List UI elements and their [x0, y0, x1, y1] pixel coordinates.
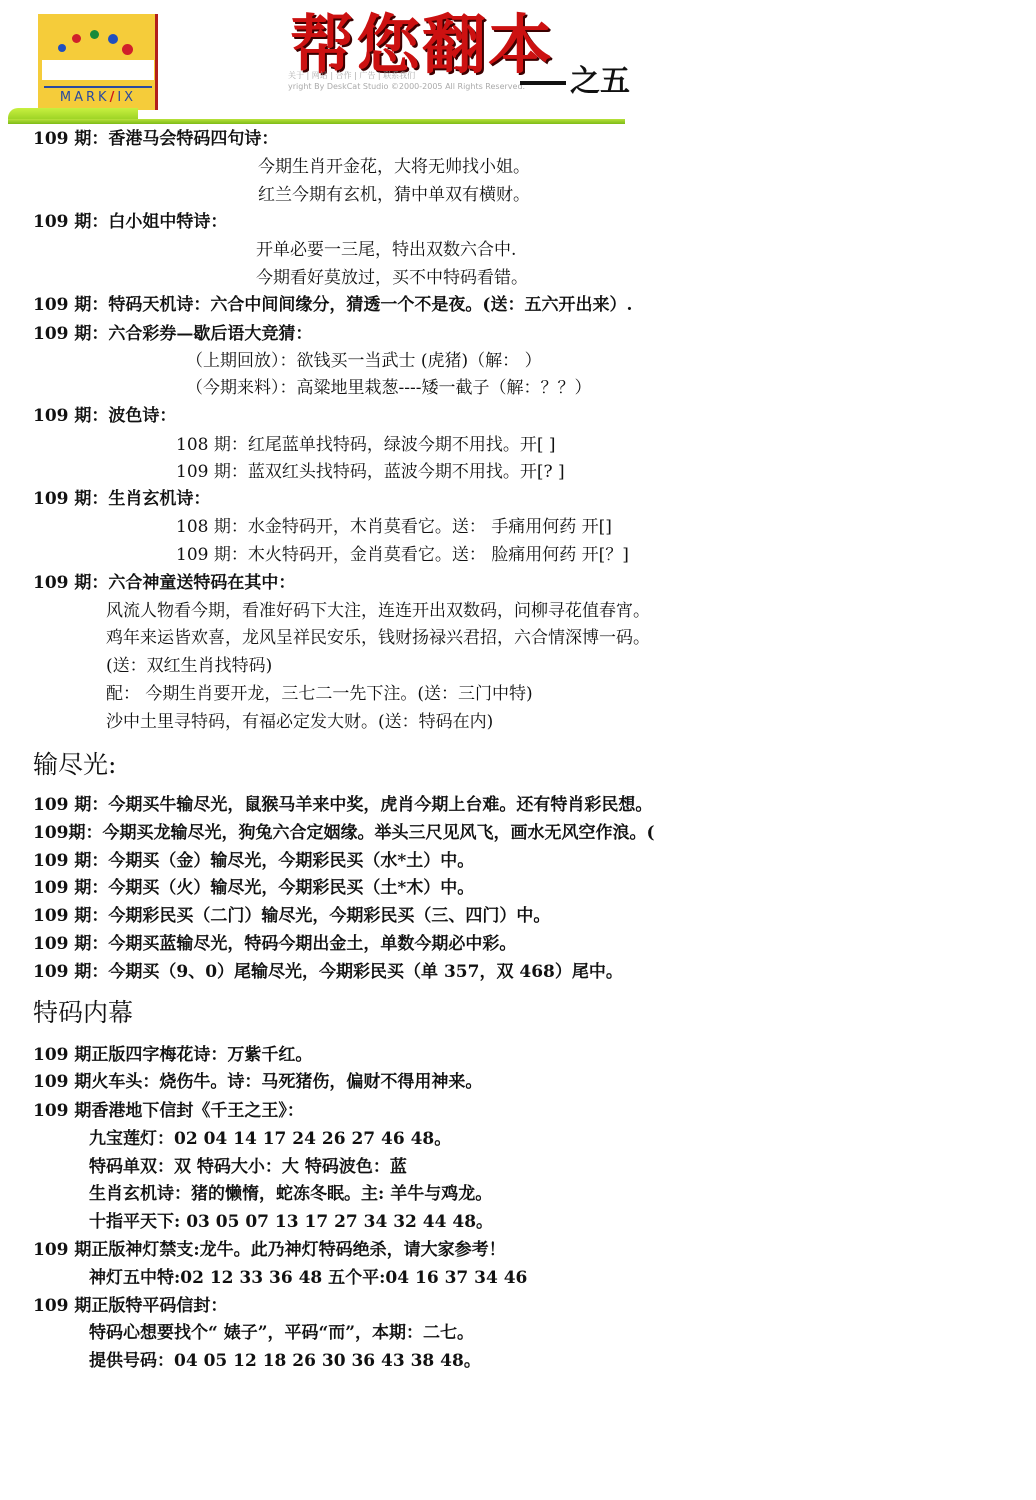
poem-line: 沙中土里寻特码，有福必定发大财。(送：特码在内) [106, 711, 493, 733]
poem-heading: 109 期：六合彩券—歇后语大竞猜： [33, 323, 312, 345]
poem-heading: 109 期：白小姐中特诗： [33, 211, 227, 233]
lose-all-line: 109 期：今期买（9、0）尾输尽光，今期彩民买（单 357，双 468）尾中。 [33, 961, 623, 983]
poem-line: 108 期：红尾蓝单找特码，绿波今期不用找。开[ ] [176, 434, 556, 456]
lose-all-line: 109 期：今期买牛输尽光，鼠猴马羊来中奖，虎肖今期上台难。还有特肖彩民想。 [33, 794, 652, 816]
lottery-ball-icon [122, 44, 133, 55]
lottery-ball-icon [90, 30, 99, 39]
poem-line: (送：双红生肖找特码) [106, 655, 272, 677]
insider-line: 十指平天下: 03 05 07 13 17 27 34 32 44 48。 [89, 1211, 493, 1233]
lose-all-line: 109 期：今期买蓝输尽光，特码今期出金土，单数今期必中彩。 [33, 933, 516, 955]
lose-all-line: 109 期：今期买（火）输尽光，今期彩民买（土*木）中。 [33, 877, 474, 899]
poem-heading: 109 期：香港马会特码四句诗： [33, 128, 278, 150]
insider-line: 生肖玄机诗：猪的懒惰，蛇冻冬眠。主: 羊牛与鸡龙。 [89, 1183, 492, 1205]
insider-line: 109 期正版神灯禁支:龙牛。此乃神灯特码绝杀，请大家参考！ [33, 1239, 506, 1261]
lottery-ball-icon [58, 44, 66, 52]
poem-line: （上期回放）：欲钱买一当武士 (虎猪)（解： ） [186, 350, 542, 372]
poem-line: 配： 今期生肖要开龙，三七二一先下注。(送：三门中特) [106, 683, 533, 705]
poem-line: （今期来料）：高粱地里栽葱----矮一截子（解：？？） [186, 377, 591, 399]
lose-all-line: 109期：今期买龙输尽光，狗兔六合定姻缘。举头三尺见风飞，画水无风空作浪。( [33, 822, 655, 844]
section-heading-lose-all: 输尽光: [33, 750, 116, 780]
insider-line: 109 期正版四字梅花诗：万紫千红。 [33, 1044, 312, 1066]
lottery-ball-icon [108, 34, 118, 44]
insider-line: 109 期香港地下信封《千王之王》： [33, 1100, 304, 1122]
section-heading-insider: 特码内幕 [33, 998, 133, 1028]
poem-line: 108 期：水金特码开，木肖莫看它。送： 手痛用何药 开[] [176, 516, 612, 538]
lottery-ball-icon [72, 34, 81, 43]
poem-line: 鸡年来运皆欢喜，龙风呈祥民安乐，钱财扬禄兴君招，六合情深博一码。 [106, 627, 650, 649]
insider-line: 神灯五中特:02 12 33 36 48 五个平:04 16 37 34 46 [89, 1267, 527, 1289]
poem-line: 109 期：蓝双红头找特码，蓝波今期不用找。开[? ] [176, 461, 565, 483]
watermark: 关于 | 网站 | 合作 | 广告 | 联系我们 yright By DeskC… [288, 70, 525, 92]
poem-heading: 109 期：特码天机诗：六合中间间缘分，猜透一个不是夜。(送：五六开出来）. [33, 294, 632, 316]
poem-line: 今期生肖开金花，大将无帅找小姐。 [258, 156, 530, 178]
poem-line: 开单必要一三尾，特出双数六合中. [256, 239, 516, 261]
poem-line: 红兰今期有玄机，猜中单双有横财。 [258, 184, 530, 206]
poem-line: 风流人物看今期，看准好码下大注，连连开出双数码，问柳寻花值春宵。 [106, 600, 650, 622]
insider-line: 提供号码：04 05 12 18 26 30 36 43 38 48。 [89, 1350, 481, 1372]
page-subtitle: 之五 [520, 56, 630, 100]
insider-line: 九宝莲灯：02 04 14 17 24 26 27 46 48。 [89, 1128, 451, 1150]
poem-heading: 109 期：生肖玄机诗： [33, 488, 210, 510]
logo-text: MARK/IX [44, 86, 152, 105]
lose-all-line: 109 期：今期彩民买（二门）输尽光，今期彩民买（三、四门）中。 [33, 905, 550, 927]
poem-heading: 109 期：六合神童送特码在其中： [33, 572, 295, 594]
poem-line: 109 期：木火特码开，金肖莫看它。送： 脸痛用何药 开[？] [176, 544, 629, 566]
lose-all-line: 109 期：今期买（金）输尽光，今期彩民买（水*土）中。 [33, 850, 474, 872]
insider-line: 特码心想要找个“ 婊子”，平码“而”，本期：二七。 [89, 1322, 474, 1344]
insider-line: 109 期火车头：烧伤牛。诗：马死猪伤，偏财不得用神来。 [33, 1071, 482, 1093]
dash-divider [520, 81, 566, 85]
insider-line: 特码单双：双 特码大小：大 特码波色：蓝 [89, 1156, 407, 1178]
poem-heading: 109 期：波色诗： [33, 405, 176, 427]
logo-mask [42, 60, 154, 80]
insider-line: 109 期正版特平码信封： [33, 1295, 227, 1317]
poem-line: 今期看好莫放过，买不中特码看错。 [256, 267, 528, 289]
page-header: MARK/IX 帮您翻本 关于 | 网站 | 合作 | 广告 | 联系我们 yr… [0, 0, 630, 128]
mark-six-logo: MARK/IX [38, 14, 158, 110]
header-green-bar [8, 108, 625, 124]
